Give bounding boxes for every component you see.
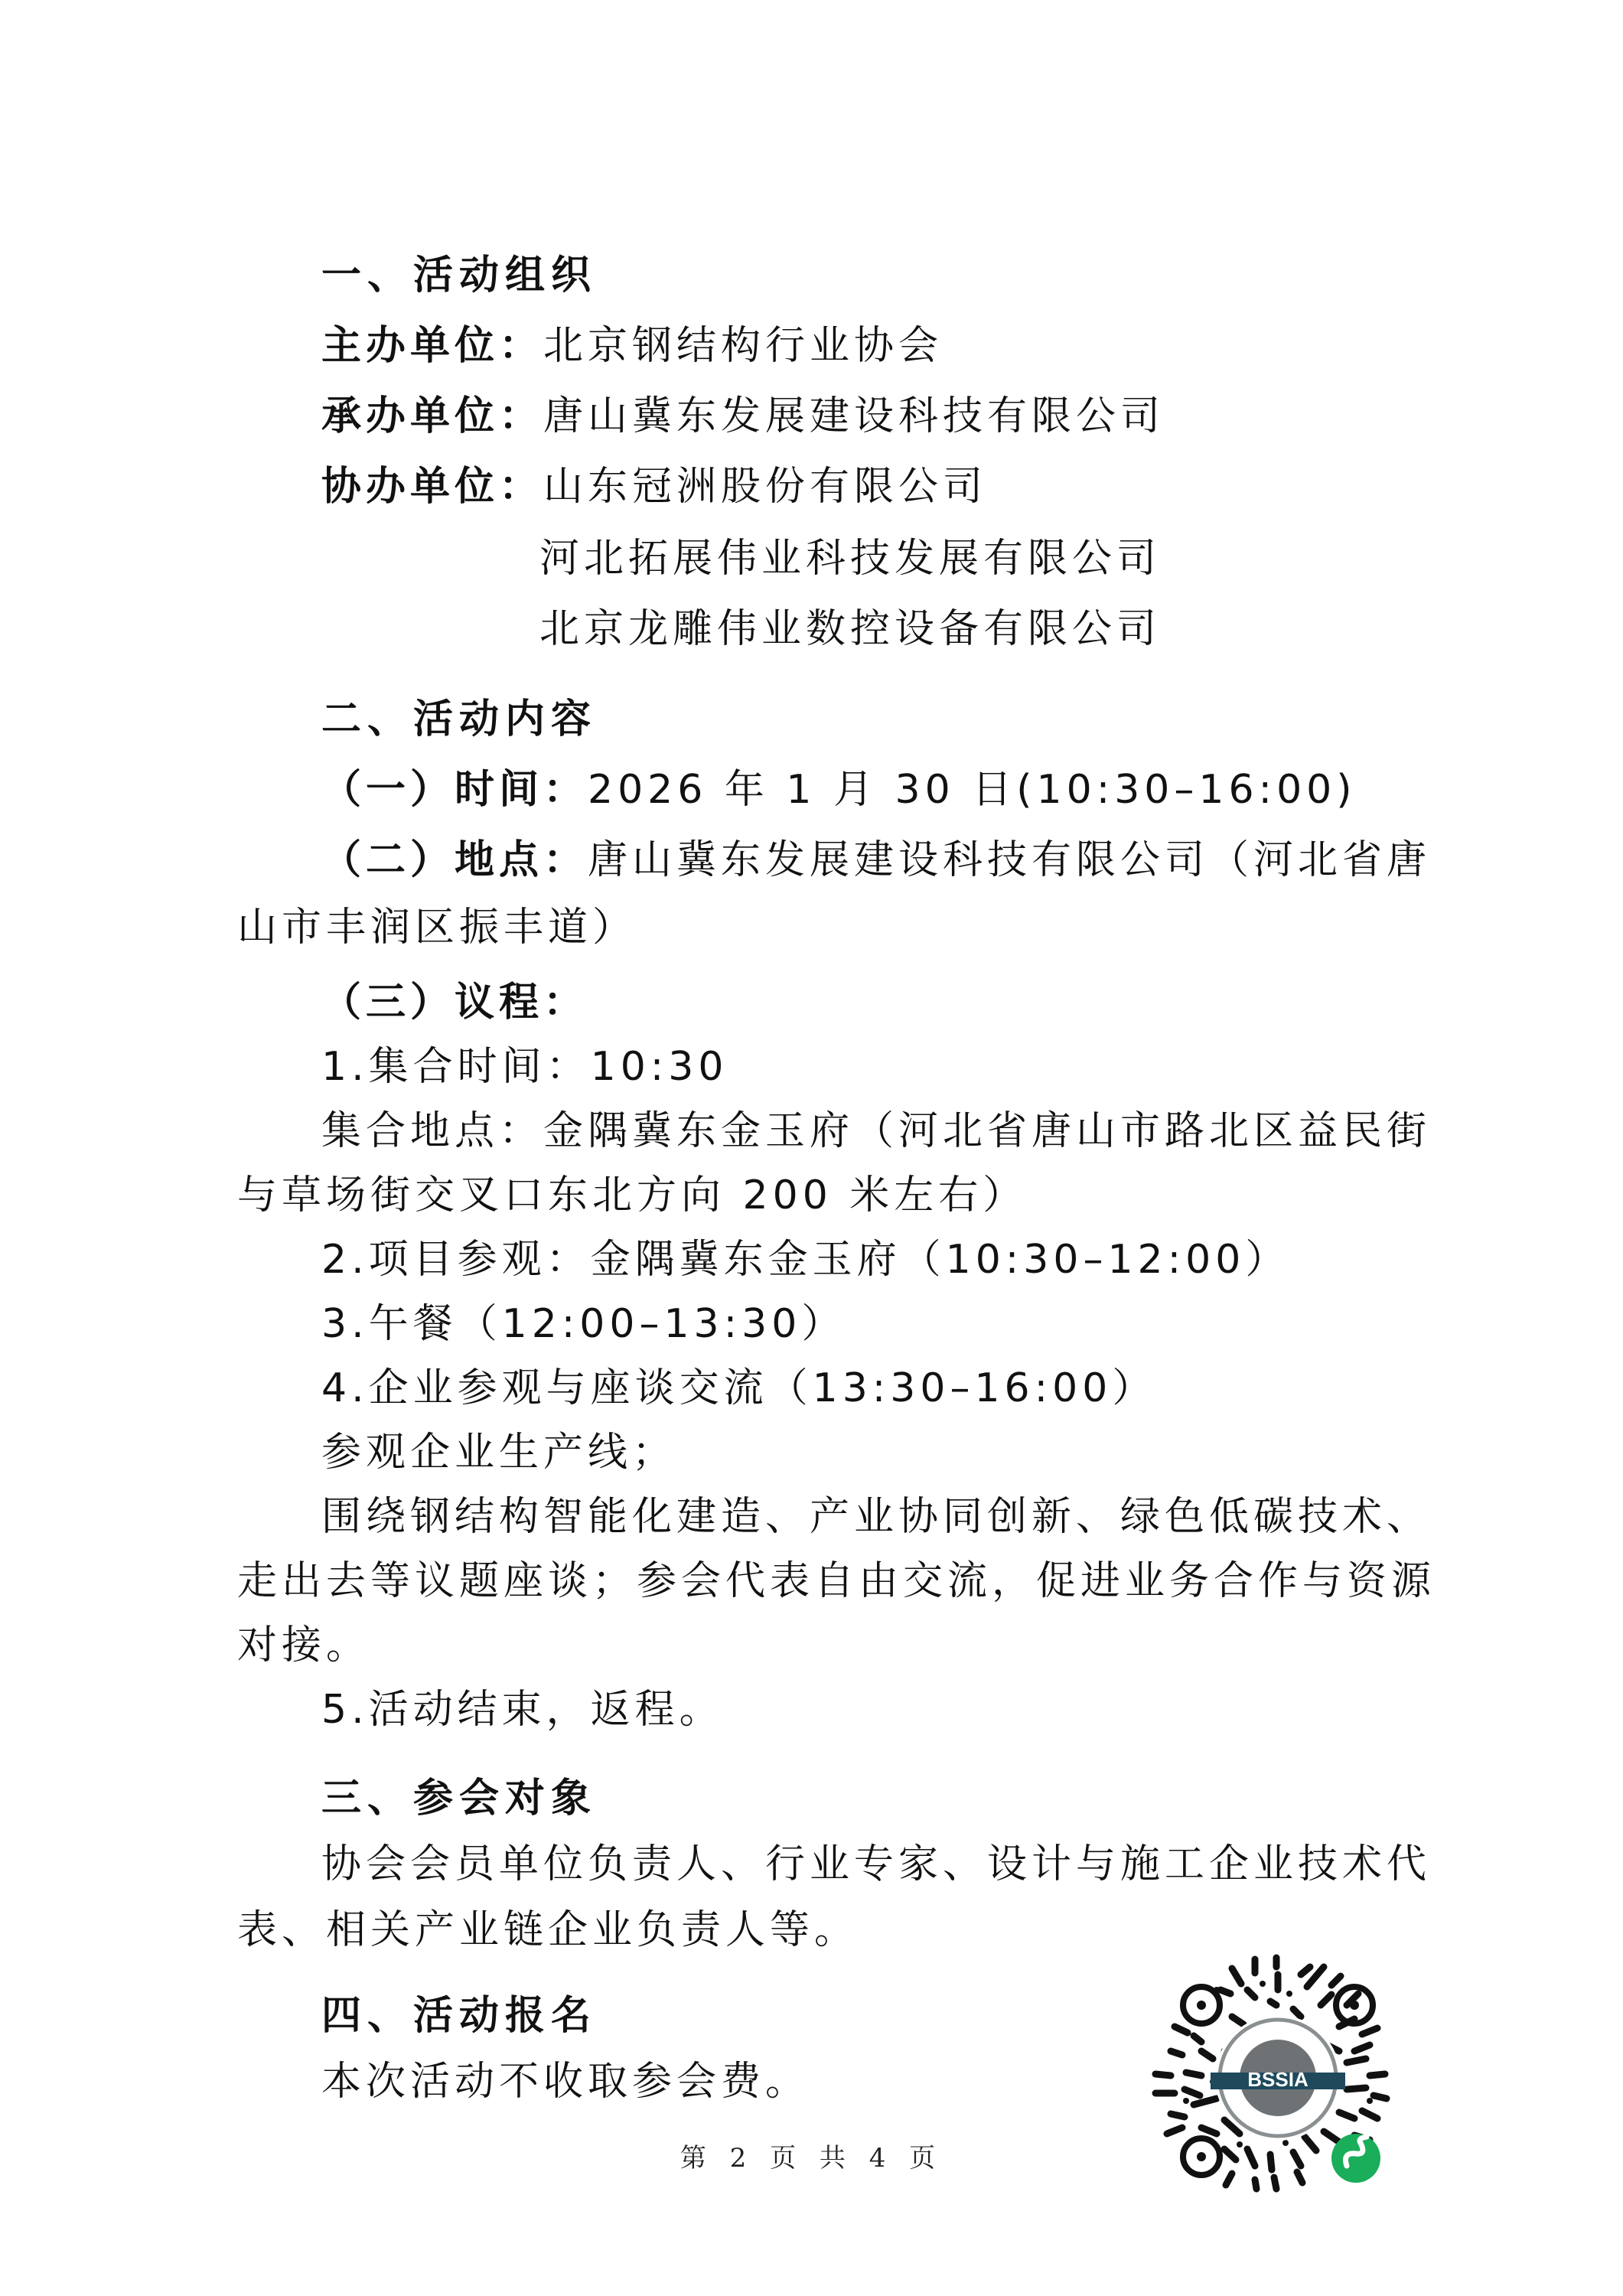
- time-row: （一）时间：2026 年 1 月 30 日(10:30–16:00): [321, 765, 1357, 814]
- agenda-item-4-topics-end: 对接。: [237, 1621, 370, 1670]
- time-label: （一）时间：: [321, 767, 588, 813]
- organizer-label: 主办单位：: [321, 323, 543, 369]
- place-value: 唐山冀东发展建设科技有限公司（河北省唐: [588, 837, 1431, 883]
- section-heading-organization: 一、活动组织: [321, 251, 597, 300]
- agenda-label: （三）议程：: [321, 978, 588, 1027]
- section-heading-content: 二、活动内容: [321, 695, 597, 744]
- agenda-item-1-place-continued: 与草场街交叉口东北方向 200 米左右）: [237, 1171, 1027, 1220]
- place-label: （二）地点：: [321, 837, 588, 883]
- host-value: 唐山冀东发展建设科技有限公司: [543, 393, 1165, 439]
- organizer-row: 主办单位：北京钢结构行业协会: [321, 321, 943, 370]
- co-organizer-value: 山东冠洲股份有限公司: [543, 464, 987, 510]
- co-organizer-value: 北京龙雕伟业数控设备有限公司: [539, 605, 1161, 654]
- organizer-value: 北京钢结构行业协会: [543, 323, 943, 369]
- place-value-continued: 山市丰润区振丰道）: [237, 903, 637, 952]
- agenda-item-5: 5.活动结束，返程。: [321, 1685, 724, 1734]
- host-row: 承办单位：唐山冀东发展建设科技有限公司: [321, 392, 1165, 441]
- agenda-item-1-place: 集合地点：金隅冀东金玉府（河北省唐山市路北区益民街: [321, 1107, 1431, 1156]
- participants-text-continued: 表、相关产业链企业负责人等。: [237, 1906, 859, 1955]
- co-organizer-row: 协办单位：山东冠洲股份有限公司: [321, 462, 987, 511]
- agenda-item-3: 3.午餐（12:00–13:30）: [321, 1300, 846, 1349]
- agenda-item-2: 2.项目参观：金隅冀东金玉府（10:30–12:00）: [321, 1235, 1289, 1284]
- section-heading-registration: 四、活动报名: [321, 1991, 597, 2040]
- agenda-item-4-topics: 围绕钢结构智能化建造、产业协同创新、绿色低碳技术、: [321, 1492, 1431, 1541]
- document-page: 一、活动组织 主办单位：北京钢结构行业协会 承办单位：唐山冀东发展建设科技有限公…: [0, 0, 1623, 2296]
- co-organizer-value: 河北拓展伟业科技发展有限公司: [539, 534, 1161, 583]
- agenda-item-4-topics-continued: 走出去等议题座谈；参会代表自由交流，促进业务合作与资源: [237, 1557, 1436, 1606]
- participants-text: 协会会员单位负责人、行业专家、设计与施工企业技术代: [321, 1840, 1431, 1889]
- agenda-item-4-detail: 参观企业生产线；: [321, 1428, 676, 1477]
- agenda-item-1: 1.集合时间：10:30: [321, 1042, 728, 1091]
- qr-logo-text: BSSIA: [1247, 2068, 1309, 2091]
- registration-text: 本次活动不收取参会费。: [321, 2057, 810, 2106]
- place-row: （二）地点：唐山冀东发展建设科技有限公司（河北省唐: [321, 836, 1431, 885]
- page-indicator: 第 2 页 共 4 页: [0, 2137, 1623, 2174]
- co-organizer-label: 协办单位：: [321, 464, 543, 510]
- section-heading-participants: 三、参会对象: [321, 1774, 597, 1823]
- agenda-item-4: 4.企业参观与座谈交流（13:30–16:00）: [321, 1364, 1156, 1413]
- host-label: 承办单位：: [321, 393, 543, 439]
- time-value: 2026 年 1 月 30 日(10:30–16:00): [588, 767, 1357, 813]
